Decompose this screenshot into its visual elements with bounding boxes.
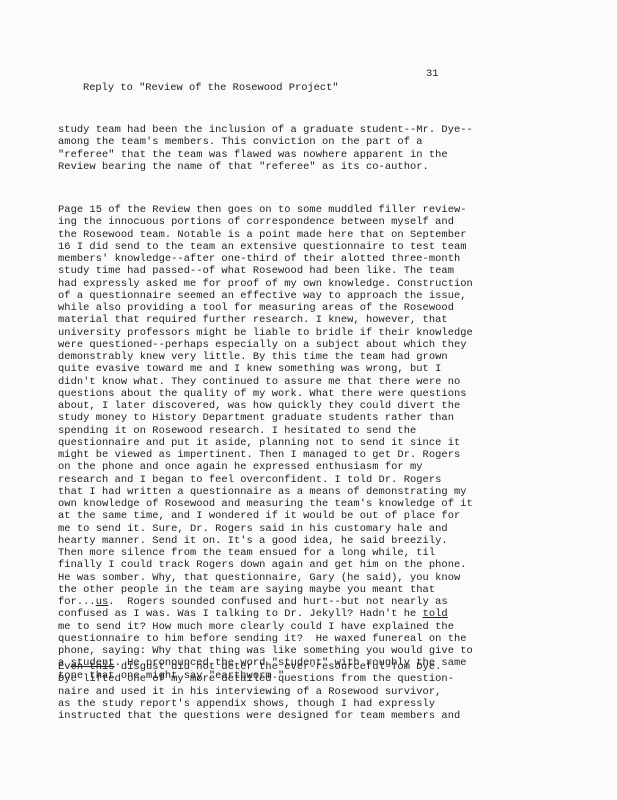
text-line: study team had been the inclusion of a g… <box>58 124 473 136</box>
text-line: Dye lifted one of my more detailed quest… <box>58 673 460 685</box>
text-line: questions about the quality of my work. … <box>58 388 473 400</box>
text-line: questionnaire to him before sending it? … <box>58 633 473 645</box>
text-line: for...us. Rogers sounded confused and hu… <box>58 596 473 608</box>
text-line: spending it on Rosewood research. I hesi… <box>58 425 473 437</box>
text-line: were questioned--perhaps especially on a… <box>58 339 473 351</box>
text-line: ing the innocuous portions of correspond… <box>58 216 473 228</box>
underlined-word: us <box>96 596 109 608</box>
text-line: me to send it? How much more clearly cou… <box>58 621 473 633</box>
text-line: "referee" that the team was flawed was n… <box>58 149 473 161</box>
text-line: at the same time, and I wondered if it w… <box>58 510 473 522</box>
text-line: study time had passed--of what Rosewood … <box>58 265 473 277</box>
paragraph-continuation: study team had been the inclusion of a g… <box>58 124 473 173</box>
text-line: hearty manner. Send it on. It's a good i… <box>58 535 473 547</box>
page-number: 31 <box>426 67 438 81</box>
text-line: members' knowledge--after one-third of t… <box>58 253 473 265</box>
text-line: quite evasive toward me and I knew somet… <box>58 363 473 375</box>
header-title: Reply to "Review of the Rosewood Project… <box>83 82 339 94</box>
text-line: naire and used it in his interviewing of… <box>58 686 460 698</box>
text-line: 16 I did send to the team an extensive q… <box>58 241 473 253</box>
underlined-word: told <box>423 608 448 620</box>
text-line: the Rosewood team. Notable is a point ma… <box>58 229 473 241</box>
text-line: phone, saying: Why that thing was like s… <box>58 645 473 657</box>
document-page: Reply to "Review of the Rosewood Project… <box>0 0 617 800</box>
text-line: on the phone and once again he expressed… <box>58 461 473 473</box>
text-line: study money to History Department gradua… <box>58 412 473 424</box>
text-line: me to send it. Sure, Dr. Rogers said in … <box>58 523 473 535</box>
text-line: material that required further research.… <box>58 314 473 326</box>
running-header: Reply to "Review of the Rosewood Project… <box>58 67 339 123</box>
text-line: as the study report's appendix shows, th… <box>58 698 460 710</box>
text-line: about, I later discovered, was how quick… <box>58 400 473 412</box>
text-line: instructed that the questions were desig… <box>58 710 460 722</box>
text-line: Review bearing the name of that "referee… <box>58 161 473 173</box>
text-line: demonstrably knew very little. By this t… <box>58 351 473 363</box>
text-line: university professors might be liable to… <box>58 327 473 339</box>
text-line: among the team's members. This convictio… <box>58 136 473 148</box>
text-line: He was somber. Why, that questionnaire, … <box>58 572 473 584</box>
text-line: Then more silence from the team ensued f… <box>58 547 473 559</box>
text-line: questionnaire and put it aside, planning… <box>58 437 473 449</box>
paragraph-questionnaire: Page 15 of the Review then goes on to so… <box>58 204 473 682</box>
text-line: might be viewed as impertinent. Then I m… <box>58 449 473 461</box>
text-line: own knowledge of Rosewood and measuring … <box>58 498 473 510</box>
text-line: research and I began to feel overconfide… <box>58 474 473 486</box>
text-line: that I had written a questionnaire as a … <box>58 486 473 498</box>
text-line: didn't know what. They continued to assu… <box>58 376 473 388</box>
text-line: while also providing a tool for measurin… <box>58 302 473 314</box>
text-line: finally I could track Rogers down again … <box>58 559 473 571</box>
text-line: confused as I was. Was I talking to Dr. … <box>58 608 473 620</box>
text-line: of a questionnaire seemed an effective w… <box>58 290 473 302</box>
paragraph-tom-dye: Even this disgust did not deter the ever… <box>58 661 460 722</box>
text-line: had expressly asked me for proof of my o… <box>58 278 473 290</box>
text-line: Page 15 of the Review then goes on to so… <box>58 204 473 216</box>
text-line: Even this disgust did not deter the ever… <box>58 661 460 673</box>
text-line: the other people in the team are saying … <box>58 584 473 596</box>
